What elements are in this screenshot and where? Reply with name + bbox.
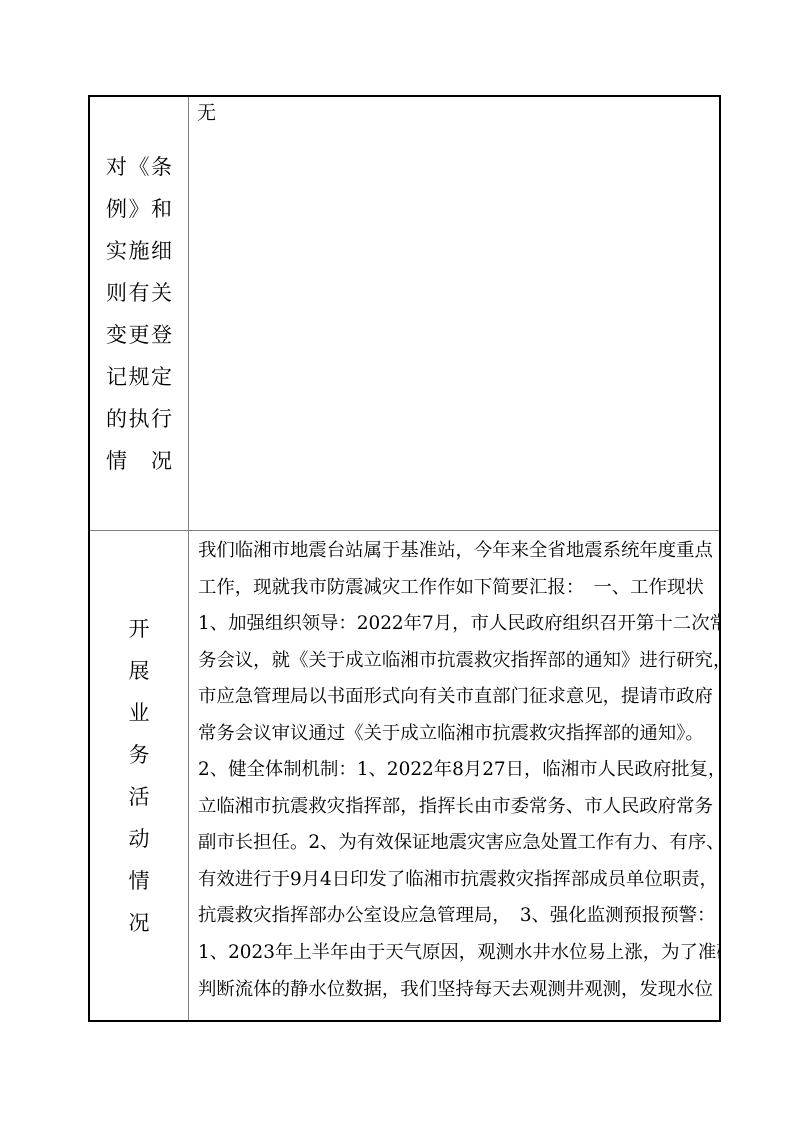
table-row-regulation-compliance: 对《条 例》和 实施细 则有关 变更登 记规定 的执行 情况 无 bbox=[90, 97, 719, 531]
header-line: 则有关 bbox=[106, 272, 172, 314]
header-char: 务 bbox=[129, 734, 150, 776]
cell-business-activities-content: 我们临湘市地震台站属于基准站，今年来全省地震系统年度重点 工作，现就我市防震减灾… bbox=[189, 531, 719, 1020]
document-page: 对《条 例》和 实施细 则有关 变更登 记规定 的执行 情况 无 开 展 业 务… bbox=[0, 0, 794, 1122]
report-text-line: 1、2023年上半年由于天气原因，观测水井水位易上涨，为了准确 bbox=[198, 935, 711, 972]
report-text-line: 判断流体的静水位数据，我们坚持每天去观测井观测，发现水位 bbox=[198, 972, 711, 1009]
report-form-table: 对《条 例》和 实施细 则有关 变更登 记规定 的执行 情况 无 开 展 业 务… bbox=[88, 95, 721, 1022]
report-text-line: 务会议，就《关于成立临湘市抗震救灾指挥部的通知》进行研究， bbox=[198, 643, 711, 680]
report-text-line: 常务会议审议通过《关于成立临湘市抗震救灾指挥部的通知》。 bbox=[198, 716, 711, 753]
header-line: 的执行 bbox=[106, 398, 172, 440]
header-char: 业 bbox=[129, 692, 150, 734]
header-char: 展 bbox=[129, 650, 150, 692]
report-text-line: 副市长担任。2、为有效保证地震灾害应急处置工作有力、有序、 bbox=[198, 825, 711, 862]
header-line: 情况 bbox=[106, 440, 172, 482]
compliance-value-text: 无 bbox=[197, 100, 709, 126]
header-char: 情 bbox=[129, 860, 150, 902]
table-row-business-activities: 开 展 业 务 活 动 情 况 我们临湘市地震台站属于基准站，今年来全省地震系统… bbox=[90, 531, 719, 1020]
report-text-line: 立临湘市抗震救灾指挥部，指挥长由市委常务、市人民政府常务 bbox=[198, 789, 711, 826]
header-char: 活 bbox=[129, 776, 150, 818]
header-char: 开 bbox=[129, 608, 150, 650]
header-line: 例》和 bbox=[106, 188, 172, 230]
row-header-regulation-compliance: 对《条 例》和 实施细 则有关 变更登 记规定 的执行 情况 bbox=[90, 97, 189, 530]
report-text-line: 2、健全体制机制：1、2022年8月27日，临湘市人民政府批复，成 bbox=[198, 752, 711, 789]
header-line: 变更登 bbox=[106, 314, 172, 356]
report-text-line: 我们临湘市地震台站属于基准站，今年来全省地震系统年度重点 bbox=[198, 533, 711, 570]
header-line: 实施细 bbox=[106, 230, 172, 272]
header-char: 况 bbox=[129, 902, 150, 944]
row-header-business-activities: 开 展 业 务 活 动 情 况 bbox=[90, 531, 189, 1020]
cell-regulation-compliance-content: 无 bbox=[189, 97, 719, 530]
report-text-line: 1、加强组织领导：2022年7月，市人民政府组织召开第十二次常 bbox=[198, 606, 711, 643]
header-char: 动 bbox=[129, 818, 150, 860]
report-text-line: 抗震救灾指挥部办公室设应急管理局， 3、强化监测预报预警： bbox=[198, 898, 711, 935]
header-line: 记规定 bbox=[106, 356, 172, 398]
header-line: 对《条 bbox=[106, 146, 172, 188]
report-text-line: 市应急管理局以书面形式向有关市直部门征求意见，提请市政府 bbox=[198, 679, 711, 716]
report-text-line: 有效进行于9月4日印发了临湘市抗震救灾指挥部成员单位职责， bbox=[198, 862, 711, 899]
report-text-line: 工作，现就我市防震减灾工作作如下简要汇报： 一、工作现状 bbox=[198, 570, 711, 607]
